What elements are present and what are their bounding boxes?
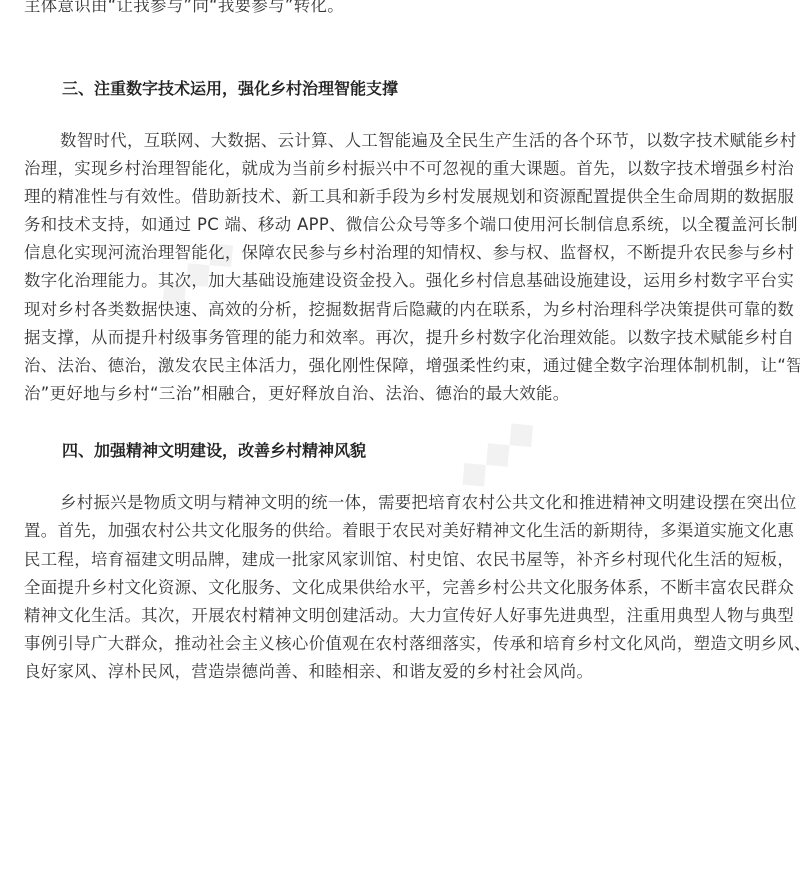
paragraph-tail: 主体意识由“让我参与”向“我要参与”转化。 bbox=[24, 0, 784, 16]
text-line: 事例引导广大群众，推动社会主义核心价值观在农村落细落实，传承和培育乡村文化风尚，… bbox=[24, 634, 784, 654]
text-line: 信息化实现河流治理智能化，保障农民参与乡村治理的知情权、参与权、监督权，不断提升… bbox=[24, 243, 784, 263]
text-line: 良好家风、淳朴民风，营造崇德尚善、和睦相亲、和谐友爱的乡村社会风尚。 bbox=[24, 662, 784, 682]
section-heading-4: 四、加强精神文明建设，改善乡村精神风貌 bbox=[62, 441, 366, 461]
document-page: 主体意识由“让我参与”向“我要参与”转化。 三、注重数字技术运用，强化乡村治理智… bbox=[0, 0, 800, 881]
text-line: 全面提升乡村文化资源、文化服务、文化成果供给水平，完善乡村公共文化服务体系，不断… bbox=[24, 578, 784, 598]
text-line: 治、法治、德治，激发农民主体活力，强化刚性保障，增强柔性约束，通过健全数字治理体… bbox=[24, 356, 784, 376]
section-heading-3: 三、注重数字技术运用，强化乡村治理智能支撑 bbox=[62, 79, 398, 99]
text-line: 据支撑，从而提升村级事务管理的能力和效率。再次，提升乡村数字化治理效能。以数字技… bbox=[24, 328, 784, 348]
text-line: 精神文化生活。其次，开展农村精神文明创建活动。大力宣传好人好事先进典型，注重用典… bbox=[24, 606, 784, 626]
text-line: 置。首先，加强农村公共文化服务的供给。着眼于农民对美好精神文化生活的新期待，多渠… bbox=[24, 521, 784, 541]
watermark: ◆◆◆ bbox=[446, 406, 546, 501]
text-line: 理的精准性与有效性。借助新技术、新工具和新手段为乡村发展规划和资源配置提供全生命… bbox=[24, 187, 784, 207]
text-line: 治理，实现乡村治理智能化，就成为当前乡村振兴中不可忽视的重大课题。首先，以数字技… bbox=[24, 159, 784, 179]
text-line: 民工程，培育福建文明品牌，建成一批家风家训馆、村史馆、农民书屋等，补齐乡村现代化… bbox=[24, 550, 784, 570]
text-line: 务和技术支持，如通过 PC 端、移动 APP、微信公众号等多个端口使用河长制信息… bbox=[24, 215, 784, 235]
text-line: 乡村振兴是物质文明与精神文明的统一体，需要把培育农村公共文化和推进精神文明建设摆… bbox=[60, 493, 800, 513]
text-line: 治”更好地与乡村“三治”相融合，更好释放自治、法治、德治的最大效能。 bbox=[24, 384, 784, 404]
text-line: 数智时代，互联网、大数据、云计算、人工智能遍及全民生产生活的各个环节，以数字技术… bbox=[60, 131, 800, 151]
text-line: 现对乡村各类数据快速、高效的分析，挖掘数据背后隐藏的内在联系，为乡村治理科学决策… bbox=[24, 300, 784, 320]
text-line: 数字化治理能力。其次，加大基础设施建设资金投入。强化乡村信息基础设施建设，运用乡… bbox=[24, 271, 784, 291]
